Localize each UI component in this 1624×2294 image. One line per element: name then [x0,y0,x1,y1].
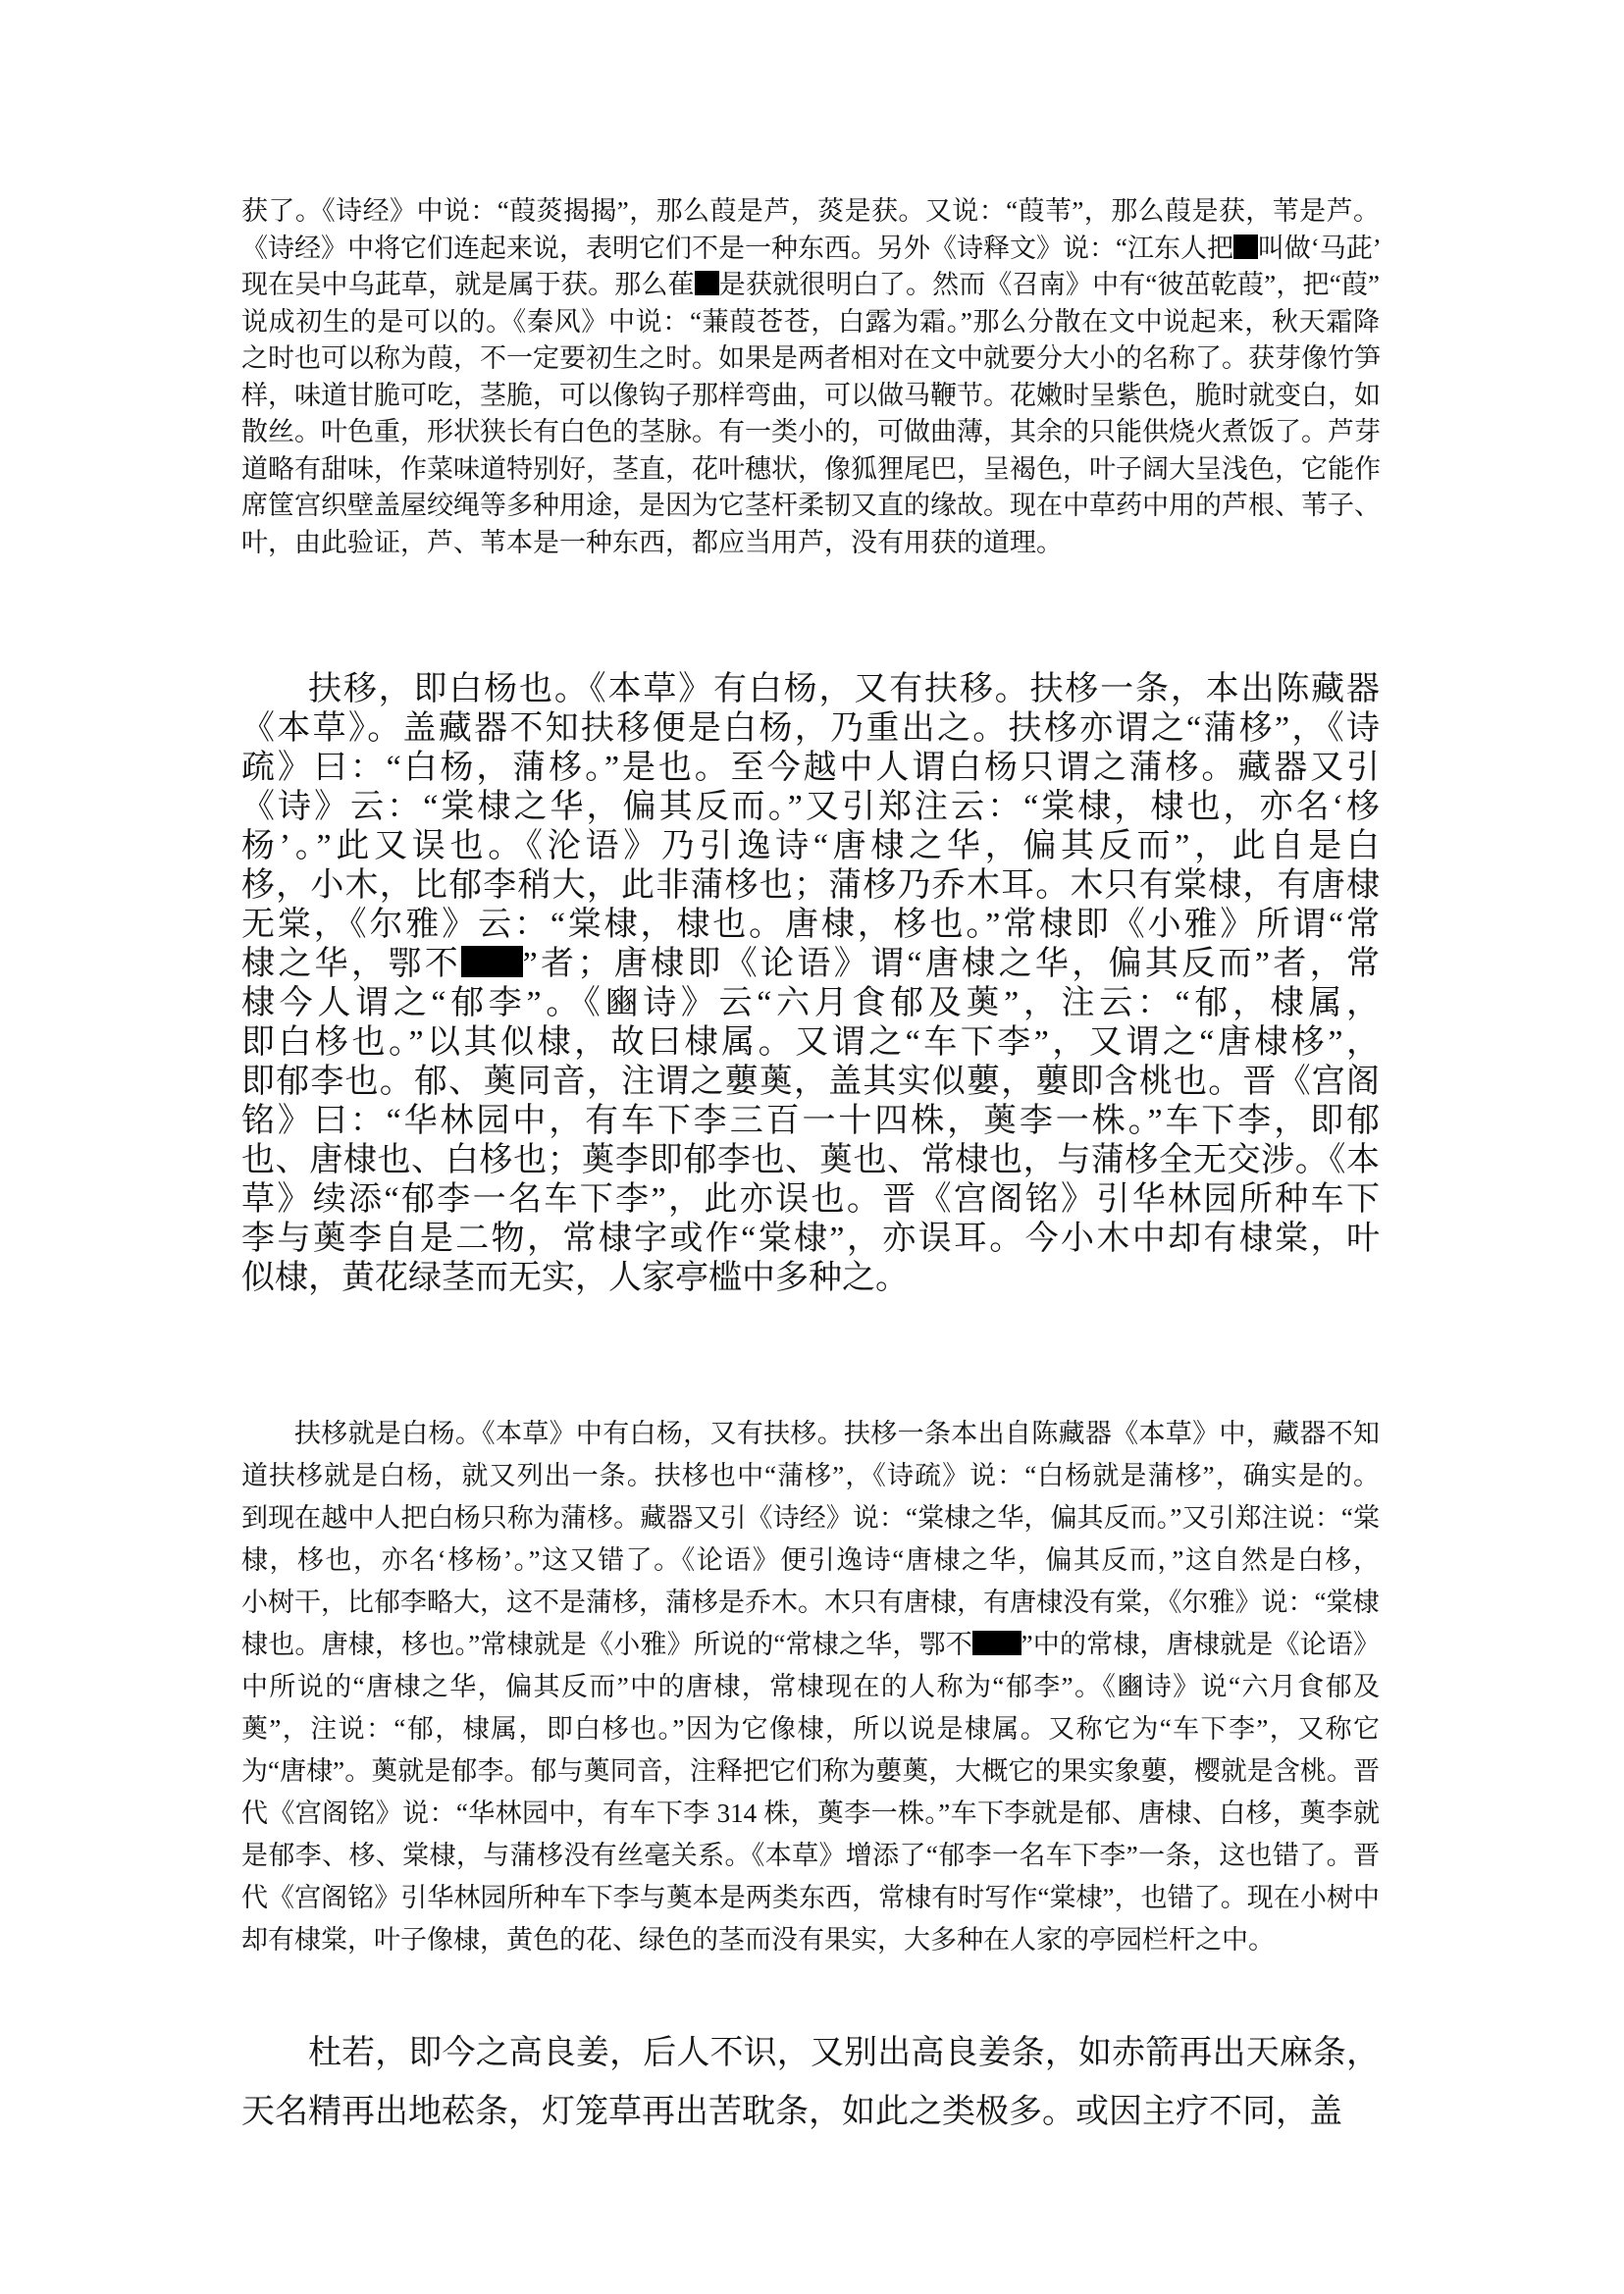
text-line: 疏》曰：“白杨，蒲栘。”是也。至今越中人谓白杨只谓之蒲栘。藏器又引 [241,749,1380,788]
missing-glyph-square [492,946,522,976]
text-line: 棣今人谓之“郁李”。《豳诗》云“六月食郁及薁”，注云：“郁，棣属， [241,984,1380,1023]
text-line: 为“唐棣”。薁就是郁李。郁与薁同音，注释把它们称为蘡薁，大概它的果实象蘡，樱就是… [241,1750,1380,1793]
text-line: 李与薁李自是二物，常棣字或作“棠棣”，亦误耳。今小木中却有棣棠，叶 [241,1220,1380,1259]
text-line: 似棣，黄花绿茎而无实，人家亭槛中多种之。 [241,1259,1380,1298]
document-page: 获了。《诗经》中说：“葭菼揭揭”，那么葭是芦，菼是获。又说：“葭苇”，那么葭是获… [0,0,1624,2294]
text-line: 说成初生的是可以的。《秦风》中说：“蒹葭苍苍，白露为霜。”那么分散在文中说起来，… [241,304,1380,341]
text-line: 却有棣棠，叶子像棣，黄色的花、绿色的茎而没有果实，大多种在人家的亭园栏杆之中。 [241,1919,1380,1961]
text-line: 道略有甜味，作菜味道特别好，茎直，花叶穗状，像狐狸尾巴，呈褐色，叶子阔大呈浅色，… [241,451,1380,489]
missing-glyph-square [972,1631,997,1655]
text-line: 到现在越中人把白杨只称为蒲栘。藏器又引《诗经》说：“棠棣之华，偏其反而。”又引郑… [241,1497,1380,1539]
text-line: 天名精再出地菘条，灯笼草再出苦耽条，如此之类极多。或因主疗不同，盖 [241,2083,1380,2142]
text-line: 棣之华，鄂不”者；唐棣即《论语》谓“唐棣之华，偏其反而”者，常 [241,945,1380,984]
text-line: 无棠，《尔雅》云：“棠棣，棣也。唐棣，栘也。”常棣即《小雅》所谓“常 [241,906,1380,945]
paragraph: 杜若，即今之高良姜，后人不识，又别出高良姜条，如赤箭再出天麻条，天名精再出地菘条… [241,2024,1380,2142]
missing-glyph-square [1233,235,1258,259]
text-line: 叶，由此验证，芦、苇本是一种东西，都应当用芦，没有用获的道理。 [241,525,1380,562]
text-line: 之时也可以称为葭，不一定要初生之时。如果是两者相对在文中就要分大小的名称了。获芽… [241,340,1380,378]
text-line: 是郁李、栘、棠棣，与蒲栘没有丝毫关系。《本草》增添了“郁李一名车下李”一条，这也… [241,1835,1380,1877]
text-line: 栘，小木，比郁李稍大，此非蒲栘也；蒲栘乃乔木耳。木只有棠棣，有唐棣 [241,866,1380,906]
text-line: 席筐宫织壁盖屋绞绳等多种用途，是因为它茎杆柔韧又直的缘故。现在中草药中用的芦根、… [241,488,1380,525]
paragraph: 获了。《诗经》中说：“葭菼揭揭”，那么葭是芦，菼是获。又说：“葭苇”，那么葭是获… [241,193,1380,561]
paragraph: 扶栘就是白杨。《本草》中有白杨，又有扶栘。扶栘一条本出自陈藏器《本草》中，藏器不… [241,1413,1380,1961]
text-line: 代《宫阁铭》说：“华林园中，有车下李 314 株，薁李一株。”车下李就是郁、唐棣… [241,1793,1380,1835]
missing-glyph-square [997,1631,1022,1655]
paragraph: 扶移，即白杨也。《本草》有白杨，又有扶移。扶栘一条，本出陈藏器《本草》。盖藏器不… [241,670,1380,1298]
text-line: 棣，栘也，亦名‘栘杨’。”这又错了。《论语》便引逸诗“唐棣之华，偏其反而，”这自… [241,1539,1380,1582]
text-line: 扶栘就是白杨。《本草》中有白杨，又有扶栘。扶栘一条本出自陈藏器《本草》中，藏器不… [241,1413,1380,1455]
text-line: 杨’。”此又误也。《沦语》乃引逸诗“唐棣之华，偏其反而”，此自是白 [241,827,1380,866]
missing-glyph-square [461,946,492,976]
text-line: 也、唐棣也、白栘也；薁李即郁李也、薁也、常棣也，与蒲栘全无交涉。《本 [241,1141,1380,1180]
text-line: 中所说的“唐棣之华，偏其反而”中的唐棣，常棣现在的人称为“郁李”。《豳诗》说“六… [241,1666,1380,1708]
text-line: 《诗经》中将它们连起来说，表明它们不是一种东西。另外《诗释文》说：“江东人把叫做… [241,231,1380,268]
document-content: 获了。《诗经》中说：“葭菼揭揭”，那么葭是芦，菼是获。又说：“葭苇”，那么葭是获… [241,0,1380,2142]
text-line: 道扶栘就是白杨，就又列出一条。扶栘也中“蒲栘”，《诗疏》说：“白杨就是蒲栘”，确… [241,1455,1380,1497]
text-line: 《诗》云：“棠棣之华，偏其反而。”又引郑注云：“棠棣，棣也，亦名‘栘 [241,788,1380,827]
text-line: 铭》曰：“华林园中，有车下李三百一十四株，薁李一株。”车下李，即郁 [241,1102,1380,1141]
text-line: 散丝。叶色重，形状狭长有白色的茎脉。有一类小的，可做曲薄，其余的只能供烧火煮饭了… [241,414,1380,451]
text-line: 即郁李也。郁、薁同音，注谓之蘡薁，盖其实似蘡，蘡即含桃也。晋《宫阁 [241,1063,1380,1102]
text-line: 样，味道甘脆可吃，茎脆，可以像钩子那样弯曲，可以做马鞭节。花嫩时呈紫色，脆时就变… [241,378,1380,415]
text-line: 小树干，比郁李略大，这不是蒲栘，蒲栘是乔木。木只有唐棣，有唐棣没有棠，《尔雅》说… [241,1582,1380,1624]
text-line: 薁”，注说：“郁，棣属，即白栘也。”因为它像棣，所以说是棣属。又称它为“车下李”… [241,1708,1380,1750]
missing-glyph-square [695,271,719,295]
text-line: 杜若，即今之高良姜，后人不识，又别出高良姜条，如赤箭再出天麻条， [241,2024,1380,2083]
text-line: 棣也。唐棣，栘也。”常棣就是《小雅》所说的“常棣之华，鄂不”中的常棣，唐棣就是《… [241,1624,1380,1666]
text-line: 草》续添“郁李一名车下李”，此亦误也。晋《宫阁铭》引华林园所种车下 [241,1180,1380,1220]
text-line: 《本草》。盖藏器不知扶移便是白杨，乃重出之。扶栘亦谓之“蒲栘”，《诗 [241,709,1380,749]
text-line: 获了。《诗经》中说：“葭菼揭揭”，那么葭是芦，菼是获。又说：“葭苇”，那么葭是获… [241,193,1380,231]
text-line: 现在吴中乌茈草，就是属于获。那么萑是获就很明白了。然而《召南》中有“彼茁乾葭”，… [241,267,1380,304]
text-line: 扶移，即白杨也。《本草》有白杨，又有扶移。扶栘一条，本出陈藏器 [241,670,1380,709]
text-line: 代《宫阁铭》引华林园所种车下李与薁本是两类东西，常棣有时写作“棠棣”，也错了。现… [241,1877,1380,1919]
text-line: 即白栘也。”以其似棣，故曰棣属。又谓之“车下李”，又谓之“唐棣栘”， [241,1023,1380,1063]
